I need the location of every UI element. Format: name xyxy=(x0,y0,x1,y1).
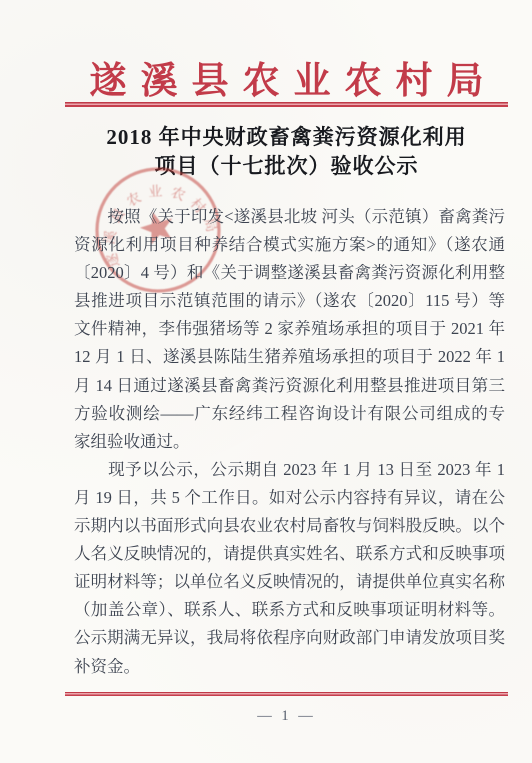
page-number: — 1 — xyxy=(65,708,508,725)
body-line: 月 14 日通过遂溪县畜禽粪污资源化利用整县推进项目第三 xyxy=(74,372,505,400)
body-line: 证明材料等；以单位名义反映情况的，请提供单位真实名称 xyxy=(74,568,505,596)
notice-body: 按照《关于印发<遂溪县北坡 河头（示范镇）畜禽粪污 资源化利用项目种养结合模式实… xyxy=(74,203,505,681)
footer-rule xyxy=(65,692,508,696)
scanned-document-page: 遂溪县农业农村局 2018 年中央财政畜禽粪污资源化利用 项目（十七批次）验收公… xyxy=(0,0,532,763)
body-line: 现予以公示，公示期自 2023 年 1 月 13 日至 2023 年 1 xyxy=(74,456,505,484)
body-line: 补资金。 xyxy=(74,653,505,681)
body-line: 县推进项目示范镇范围的请示》（遂农〔2020〕115 号）等 xyxy=(74,287,505,315)
body-line: （加盖公章）、联系人、联系方式和反映事项证明材料等。 xyxy=(74,596,505,624)
body-line: 12 月 1 日、遂溪县陈陆生猪养殖场承担的项目于 2022 年 1 xyxy=(74,343,505,371)
body-line: 按照《关于印发<遂溪县北坡 河头（示范镇）畜禽粪污 xyxy=(74,203,505,231)
body-line: 月 19 日，共 5 个工作日。如对公示内容持有异议，请在公 xyxy=(74,484,505,512)
body-line: 公示期满无异议，我局将依程序向财政部门申请发放项目奖 xyxy=(74,624,505,652)
body-line: 资源化利用项目种养结合模式实施方案>的通知》（遂农通 xyxy=(74,231,505,259)
document-title-line1: 2018 年中央财政畜禽粪污资源化利用 xyxy=(65,123,508,152)
body-line: 文件精神，李伟强猪场等 2 家养殖场承担的项目于 2021 年 xyxy=(74,315,505,343)
body-line: 示期内以书面形式向县农业农村局畜牧与饲料股反映。以个 xyxy=(74,512,505,540)
letterhead-rule xyxy=(65,102,508,107)
body-line: 家组验收通过。 xyxy=(74,428,505,456)
body-line: 方验收测绘——广东经纬工程咨询设计有限公司组成的专 xyxy=(74,400,505,428)
body-line: 人名义反映情况的，请提供真实姓名、联系方式和反映事项 xyxy=(74,540,505,568)
body-line: 〔2020〕4 号）和《关于调整遂溪县畜禽粪污资源化利用整 xyxy=(74,259,505,287)
document-title-line2: 项目（十七批次）验收公示 xyxy=(65,152,508,181)
document-title: 2018 年中央财政畜禽粪污资源化利用 项目（十七批次）验收公示 xyxy=(65,123,508,181)
agency-name: 遂溪县农业农村局 xyxy=(65,50,508,104)
